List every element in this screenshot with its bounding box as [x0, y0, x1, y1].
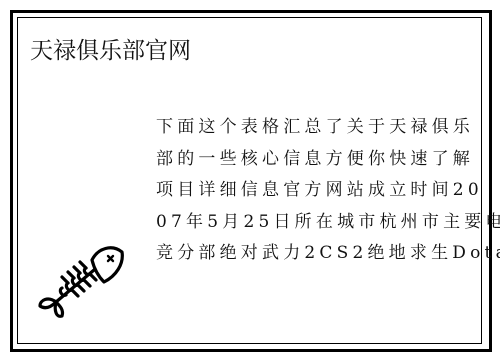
description-line: 07年5月25日所在城市杭州市主要电	[156, 207, 472, 239]
description-line: 竞分部绝对武力2CS2绝地求生Dota	[156, 238, 472, 270]
description-line: 项目详细信息官方网站成立时间20	[156, 175, 472, 207]
description-line: 下面这个表格汇总了关于天禄俱乐	[156, 112, 472, 144]
description-text: 下面这个表格汇总了关于天禄俱乐 部的一些核心信息方便你快速了解 项目详细信息官方…	[156, 112, 472, 270]
page-title: 天禄俱乐部官网	[30, 32, 191, 65]
description-line: 部的一些核心信息方便你快速了解	[156, 144, 472, 176]
fish-skeleton-icon	[36, 240, 128, 320]
